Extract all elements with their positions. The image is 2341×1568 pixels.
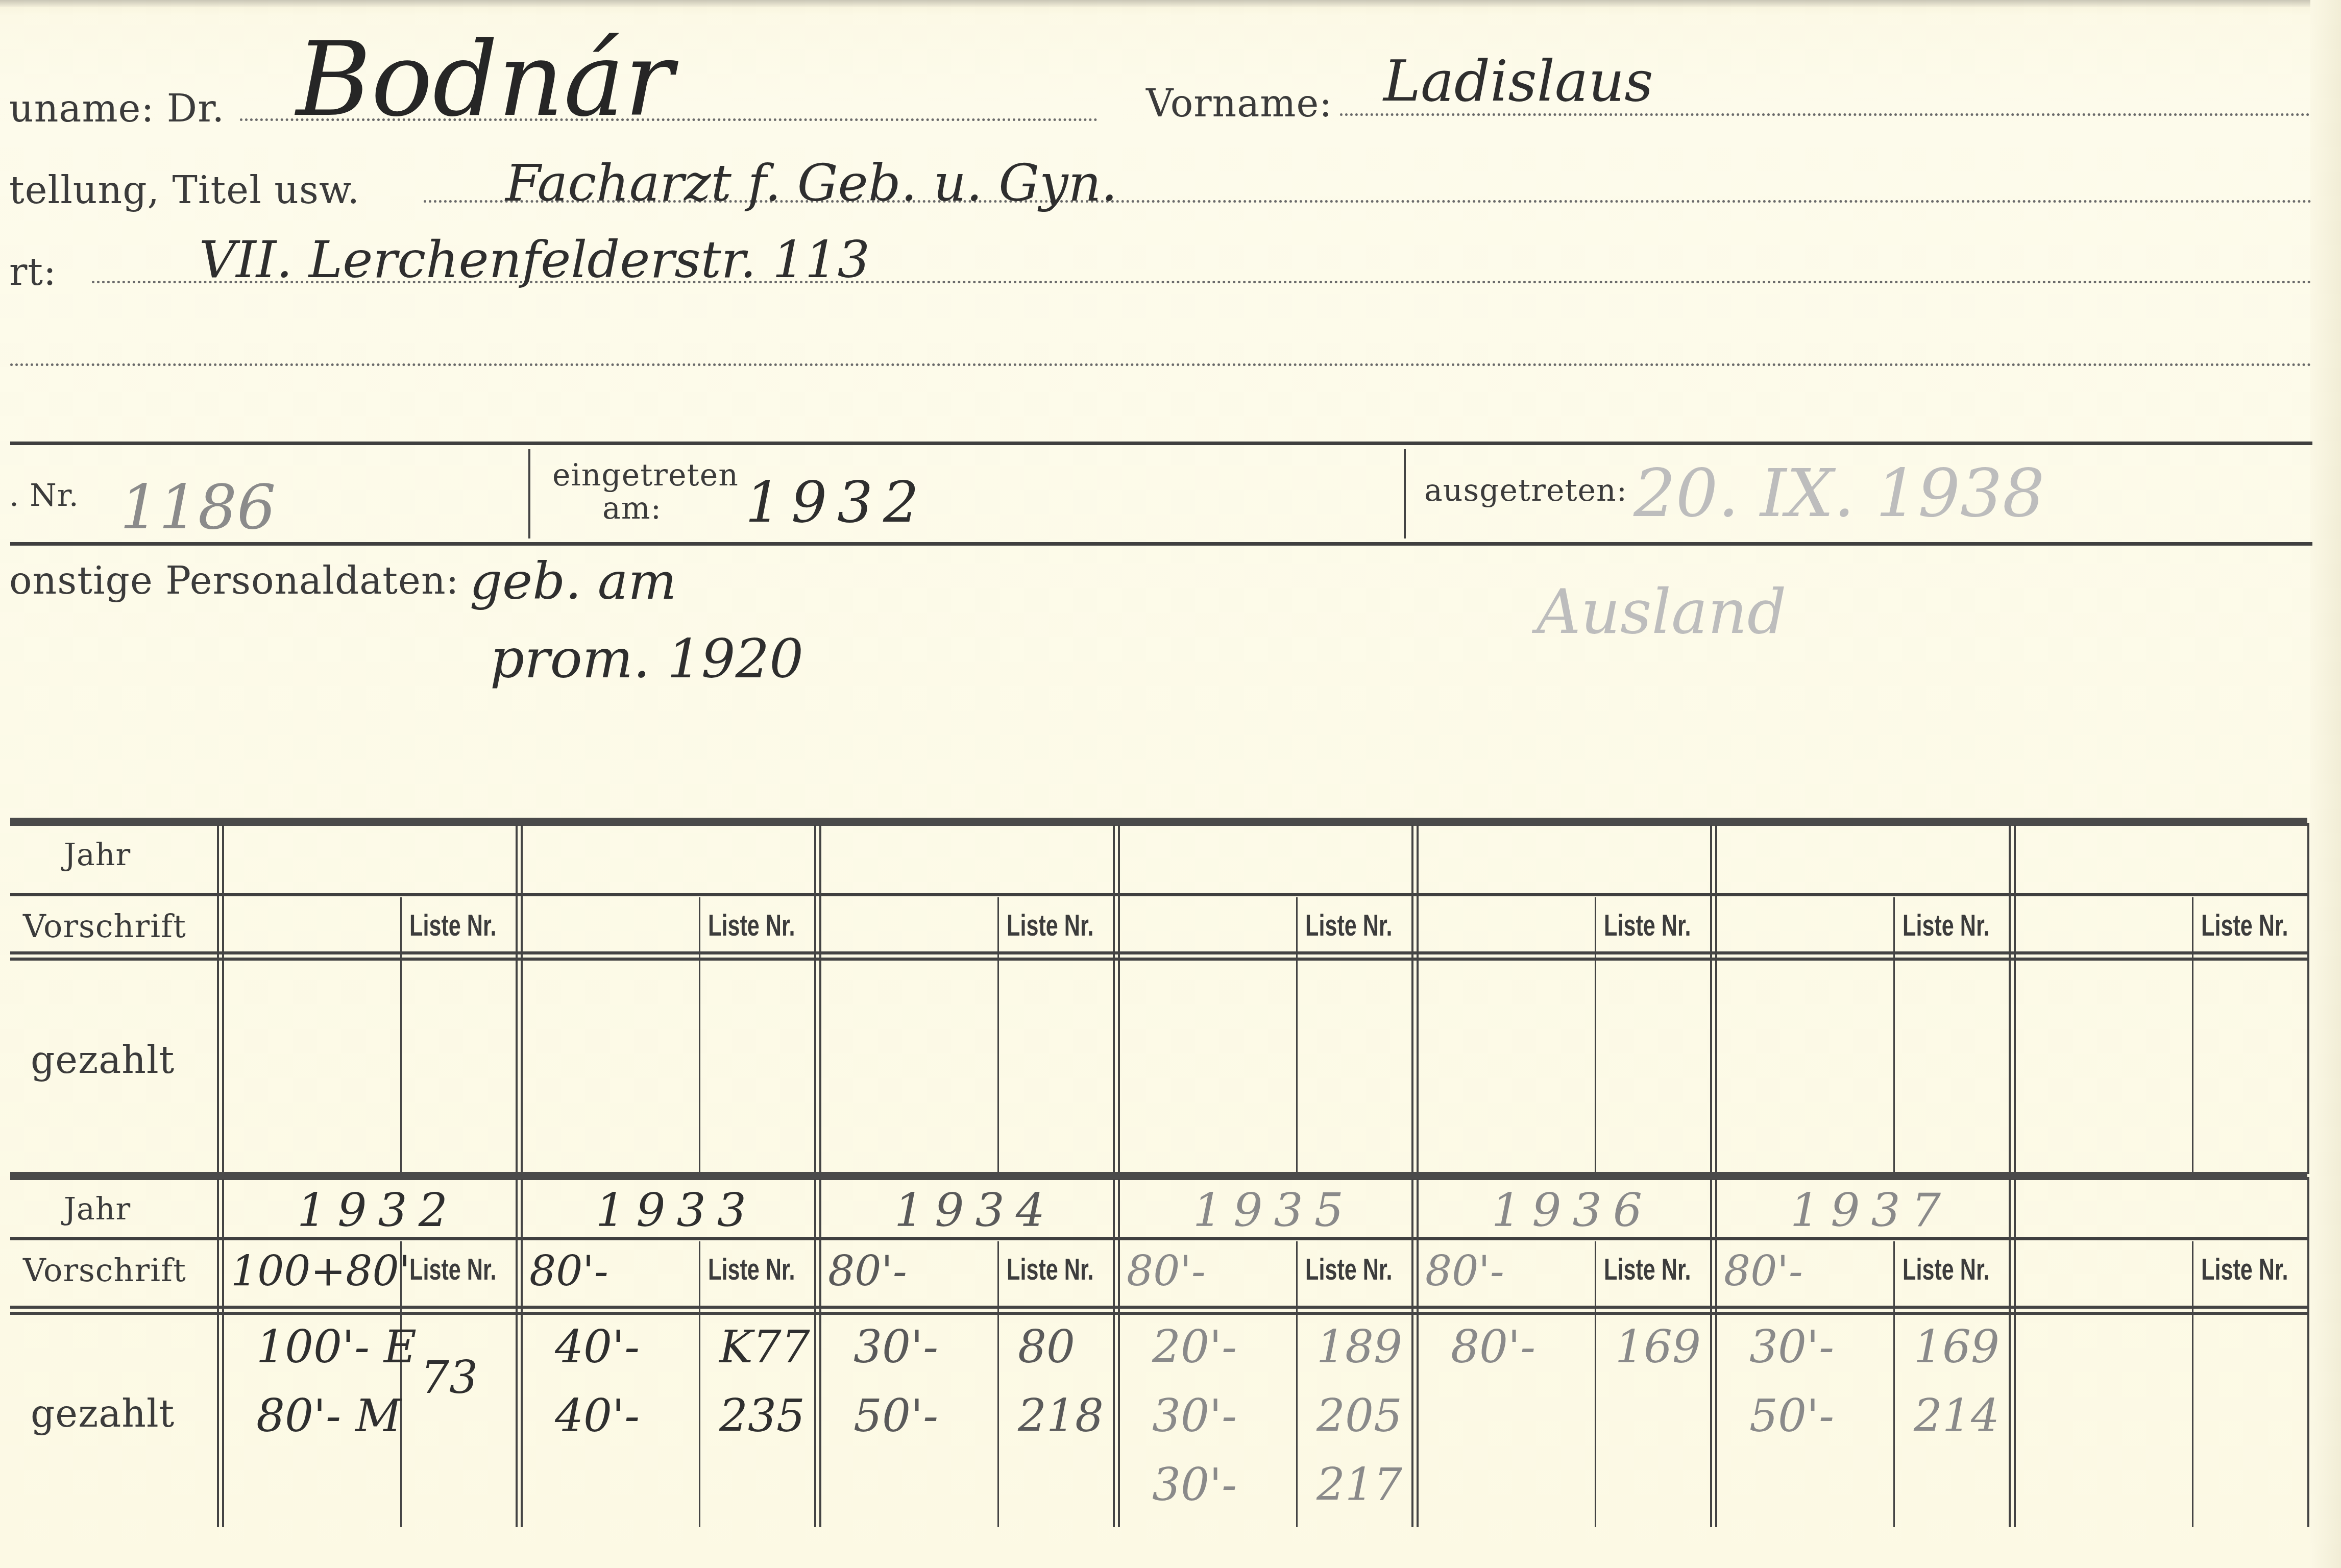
lower-liste-cell: 235 <box>719 1389 805 1442</box>
lower-year-cell: 1935 <box>1193 1184 1355 1237</box>
lower-gezahlt-cell: 80'- <box>1451 1320 1535 1373</box>
vorname-value: Ladislaus <box>1383 48 1653 114</box>
lower-liste-divider <box>1893 1241 1895 1527</box>
lower-liste-cell: K77 <box>719 1320 810 1373</box>
lower-vorschrift-cell: 80'- <box>529 1247 608 1296</box>
card-right-edge <box>2310 0 2341 1568</box>
upper-liste-nr-label: Liste Nr. <box>2201 908 2288 943</box>
upper-liste-nr-label: Liste Nr. <box>708 908 795 943</box>
upper-liste-divider <box>699 897 700 1174</box>
nachname-value: Bodnár <box>296 20 673 139</box>
lower-jahr-label: Jahr <box>64 1191 131 1227</box>
eingetreten-value: 1932 <box>745 470 929 535</box>
lower-col-divider <box>1113 1179 1120 1527</box>
lower-liste-divider <box>1595 1241 1596 1527</box>
lower-liste-divider <box>699 1241 700 1527</box>
eingetreten-label: eingetreten <box>552 459 739 491</box>
upper-vorschrift-label: Vorschrift <box>23 908 186 945</box>
stellung-label: tellung, Titel usw. <box>9 168 360 212</box>
lower-gezahlt-cell: 50'- <box>1749 1389 1834 1442</box>
lower-liste-cell: 217 <box>1316 1458 1402 1511</box>
lower-liste-cell: 73 <box>421 1351 478 1404</box>
lower-col-divider <box>1710 1179 1717 1527</box>
lower-year-cell: 1934 <box>894 1184 1056 1237</box>
lower-gezahlt-label: gezahlt <box>31 1392 175 1436</box>
membership-bottom-rule <box>10 542 2312 546</box>
vorname-label: Vorname: <box>1146 82 1332 126</box>
lower-col-divider <box>1411 1179 1419 1527</box>
lower-gezahlt-cell: 40'- <box>555 1320 640 1373</box>
personaldaten-line1: geb. am <box>470 551 676 611</box>
ausgetreten-note: Ausland <box>1537 577 1787 648</box>
lower-vorschrift-label: Vorschrift <box>23 1252 186 1289</box>
nr-label: . Nr. <box>9 480 79 511</box>
lower-liste-cell: 218 <box>1018 1389 1104 1442</box>
lower-gezahlt-cell: 40'- <box>555 1389 640 1442</box>
upper-year-rule <box>10 893 2307 896</box>
lower-year-rule <box>10 1237 2307 1240</box>
nr-value: 1186 <box>120 472 276 543</box>
wohnort-label: rt: <box>9 250 57 294</box>
wohnort-value: VII. Lerchenfelderstr. 113 <box>199 230 870 289</box>
upper-liste-nr-label: Liste Nr. <box>409 908 496 943</box>
lower-liste-cell: 189 <box>1316 1320 1402 1373</box>
upper-liste-divider <box>997 897 999 1174</box>
lower-liste-nr-label: Liste Nr. <box>409 1252 496 1287</box>
lower-vorschrift-cell: 80'- <box>1425 1247 1504 1296</box>
upper-col-divider <box>217 825 224 1174</box>
upper-liste-nr-label: Liste Nr. <box>1305 908 1392 943</box>
lower-year-cell: 1932 <box>297 1184 459 1237</box>
upper-liste-nr-label: Liste Nr. <box>1903 908 1989 943</box>
membership-top-rule <box>10 442 2312 445</box>
lower-vorschrift-cell: 80'- <box>1724 1247 1803 1296</box>
membership-divider-1 <box>528 449 530 538</box>
lower-gezahlt-cell: 30'- <box>1749 1320 1834 1373</box>
upper-top-rule <box>10 818 2307 826</box>
lower-gezahlt-cell: 100'- E <box>256 1320 417 1373</box>
upper-gezahlt-label: gezahlt <box>31 1038 175 1082</box>
lower-liste-divider <box>997 1241 999 1527</box>
lower-vorschrift-cell: 100+80' <box>231 1247 410 1296</box>
address-extra-line <box>10 363 2312 366</box>
lower-col-divider <box>814 1179 821 1527</box>
upper-right-border <box>2307 823 2309 1174</box>
lower-gezahlt-cell: 80'- M <box>256 1389 401 1442</box>
upper-col-divider <box>1710 825 1717 1174</box>
lower-liste-nr-label: Liste Nr. <box>1604 1252 1691 1287</box>
lower-gezahlt-cell: 50'- <box>854 1389 938 1442</box>
personaldaten-label: onstige Personaldaten: <box>9 559 459 603</box>
lower-top-rule <box>10 1172 2307 1180</box>
lower-header-rule <box>10 1306 2307 1315</box>
lower-year-cell: 1937 <box>1790 1184 1952 1237</box>
lower-col-divider <box>516 1179 523 1527</box>
upper-liste-divider <box>1595 897 1596 1174</box>
card-top-edge <box>0 0 2341 7</box>
upper-liste-nr-label: Liste Nr. <box>1007 908 1093 943</box>
upper-col-divider <box>2009 825 2016 1174</box>
membership-divider-2 <box>1404 449 1406 538</box>
lower-vorschrift-cell: 80'- <box>828 1247 907 1296</box>
lower-liste-cell: 169 <box>1615 1320 1701 1373</box>
upper-liste-divider <box>2192 897 2193 1174</box>
upper-liste-divider <box>400 897 402 1174</box>
lower-gezahlt-cell: 20'- <box>1152 1320 1237 1373</box>
lower-liste-divider <box>2192 1241 2193 1527</box>
lower-liste-cell: 205 <box>1316 1389 1402 1442</box>
lower-liste-nr-label: Liste Nr. <box>708 1252 795 1287</box>
upper-liste-divider <box>1296 897 1298 1174</box>
lower-vorschrift-cell: 80'- <box>1127 1247 1206 1296</box>
upper-liste-nr-label: Liste Nr. <box>1604 908 1691 943</box>
lower-liste-nr-label: Liste Nr. <box>1007 1252 1093 1287</box>
lower-liste-nr-label: Liste Nr. <box>1903 1252 1989 1287</box>
lower-gezahlt-cell: 30'- <box>854 1320 938 1373</box>
lower-year-cell: 1936 <box>1492 1184 1653 1237</box>
stellung-value: Facharzt f. Geb. u. Gyn. <box>505 153 1117 213</box>
lower-liste-nr-label: Liste Nr. <box>1305 1252 1392 1287</box>
lower-liste-cell: 80 <box>1018 1320 1075 1373</box>
upper-col-divider <box>1411 825 1419 1174</box>
upper-col-divider <box>516 825 523 1174</box>
eingetreten-am-label: am: <box>602 493 662 524</box>
lower-liste-divider <box>1296 1241 1298 1527</box>
lower-liste-nr-label: Liste Nr. <box>2201 1252 2288 1287</box>
upper-col-divider <box>1113 825 1120 1174</box>
lower-gezahlt-cell: 30'- <box>1152 1458 1237 1511</box>
lower-right-border <box>2307 1177 2309 1527</box>
upper-liste-divider <box>1893 897 1895 1174</box>
upper-header-rule <box>10 951 2307 961</box>
ausgetreten-value: 20. IX. 1938 <box>1633 454 2044 532</box>
lower-col-divider <box>2009 1179 2016 1527</box>
lower-year-cell: 1933 <box>596 1184 758 1237</box>
lower-liste-cell: 214 <box>1914 1389 1999 1442</box>
upper-col-divider <box>814 825 821 1174</box>
lower-gezahlt-cell: 30'- <box>1152 1389 1237 1442</box>
nachname-label: uname: Dr. <box>9 87 225 131</box>
lower-col-divider <box>217 1179 224 1527</box>
ausgetreten-label: ausgetreten: <box>1424 475 1627 506</box>
upper-jahr-label: Jahr <box>64 837 131 873</box>
personaldaten-line2: prom. 1920 <box>490 628 803 690</box>
member-index-card: uname: Dr. Bodnár Vorname: Ladislaus tel… <box>0 0 2341 1568</box>
lower-liste-cell: 169 <box>1914 1320 1999 1373</box>
